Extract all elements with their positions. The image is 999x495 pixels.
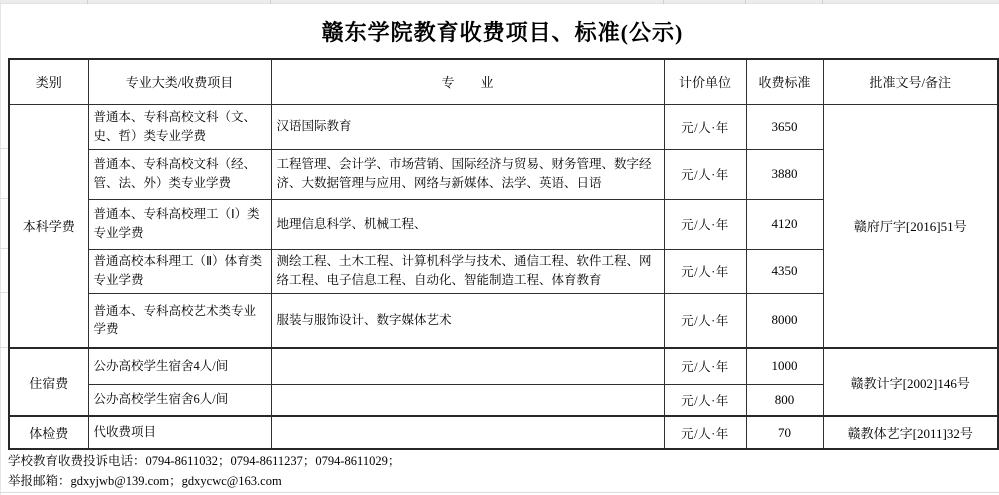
majors-cell [271, 416, 664, 449]
fee-cell: 8000 [746, 293, 823, 348]
fee-item-cell: 普通本、专科高校理工（Ⅰ）类专业学费 [88, 199, 271, 249]
spreadsheet-top-grid [0, 0, 999, 4]
unit-cell: 元/人·年 [664, 416, 746, 449]
fee-cell: 70 [746, 416, 823, 449]
unit-cell: 元/人·年 [664, 384, 746, 416]
majors-cell [271, 384, 664, 416]
fee-item-cell: 普通高校本科理工（Ⅱ）体育类专业学费 [88, 249, 271, 293]
grid-tick [0, 347, 8, 348]
majors-cell: 服装与服饰设计、数字媒体艺术 [271, 293, 664, 348]
page-title: 赣东学院教育收费项目、标准(公示) [8, 5, 997, 58]
grid-tick [87, 0, 88, 4]
header-row: 类别 专业大类/收费项目 专 业 计价单位 收费标准 批准文号/备注 [9, 59, 998, 104]
majors-cell: 工程管理、会计学、市场营销、国际经济与贸易、财务管理、数字经济、大数据管理与应用… [271, 149, 664, 199]
category-cell: 体检费 [9, 416, 88, 449]
unit-cell: 元/人·年 [664, 348, 746, 384]
unit-cell: 元/人·年 [664, 199, 746, 249]
fee-cell: 3880 [746, 149, 823, 199]
fee-item-cell: 普通本、专科高校文科（经、管、法、外）类专业学费 [88, 149, 271, 199]
fee-item-cell: 普通本、专科高校艺术类专业学费 [88, 293, 271, 348]
unit-cell: 元/人·年 [664, 149, 746, 199]
majors-cell: 地理信息科学、机械工程、 [271, 199, 664, 249]
grid-tick [663, 0, 664, 4]
unit-cell: 元/人·年 [664, 249, 746, 293]
grid-tick [0, 292, 8, 293]
table-row: 体检费 代收费项目 元/人·年 70 赣教体艺字[2011]32号 [9, 416, 998, 449]
complaint-phone-line: 学校教育收费投诉电话：0794-8611032；0794-8611237；079… [8, 451, 997, 471]
grid-tick [822, 0, 823, 4]
category-cell: 住宿费 [9, 348, 88, 416]
fee-cell: 3650 [746, 104, 823, 149]
grid-tick [270, 0, 271, 4]
grid-tick [0, 148, 8, 149]
category-cell: 本科学费 [9, 104, 88, 348]
header-fee-item: 专业大类/收费项目 [88, 59, 271, 104]
fee-table: 类别 专业大类/收费项目 专 业 计价单位 收费标准 批准文号/备注 本科学费 … [8, 58, 999, 450]
fee-item-cell: 普通本、专科高校文科（文、史、哲）类专业学费 [88, 104, 271, 149]
table-row: 住宿费 公办高校学生宿舍4人/间 元/人·年 1000 赣教计字[2002]14… [9, 348, 998, 384]
fee-item-cell: 公办高校学生宿舍6人/间 [88, 384, 271, 416]
fee-cell: 1000 [746, 348, 823, 384]
fee-cell: 4120 [746, 199, 823, 249]
fee-cell: 800 [746, 384, 823, 416]
unit-cell: 元/人·年 [664, 293, 746, 348]
grid-tick [0, 198, 8, 199]
fee-item-cell: 代收费项目 [88, 416, 271, 449]
majors-cell: 测绘工程、土木工程、计算机科学与技术、通信工程、软件工程、网络工程、电子信息工程… [271, 249, 664, 293]
header-approval: 批准文号/备注 [823, 59, 998, 104]
page: { "colors": { "border": "#303030", "oute… [0, 0, 999, 495]
table-row: 本科学费 普通本、专科高校文科（文、史、哲）类专业学费 汉语国际教育 元/人·年… [9, 104, 998, 149]
spreadsheet-bottom-grid [0, 492, 999, 493]
footer-notes: 学校教育收费投诉电话：0794-8611032；0794-8611237；079… [8, 451, 997, 491]
unit-cell: 元/人·年 [664, 104, 746, 149]
approval-cell: 赣府厅字[2016]51号 [823, 104, 998, 348]
header-fee: 收费标准 [746, 59, 823, 104]
header-category: 类别 [9, 59, 88, 104]
grid-tick [0, 248, 8, 249]
report-email-line: 举报邮箱：gdxyjwb@139.com；gdxycwc@163.com [8, 471, 997, 491]
header-unit: 计价单位 [664, 59, 746, 104]
grid-tick [745, 0, 746, 4]
approval-cell: 赣教计字[2002]146号 [823, 348, 998, 416]
majors-cell [271, 348, 664, 384]
majors-cell: 汉语国际教育 [271, 104, 664, 149]
fee-item-cell: 公办高校学生宿舍4人/间 [88, 348, 271, 384]
header-majors: 专 业 [271, 59, 664, 104]
approval-cell: 赣教体艺字[2011]32号 [823, 416, 998, 449]
fee-cell: 4350 [746, 249, 823, 293]
